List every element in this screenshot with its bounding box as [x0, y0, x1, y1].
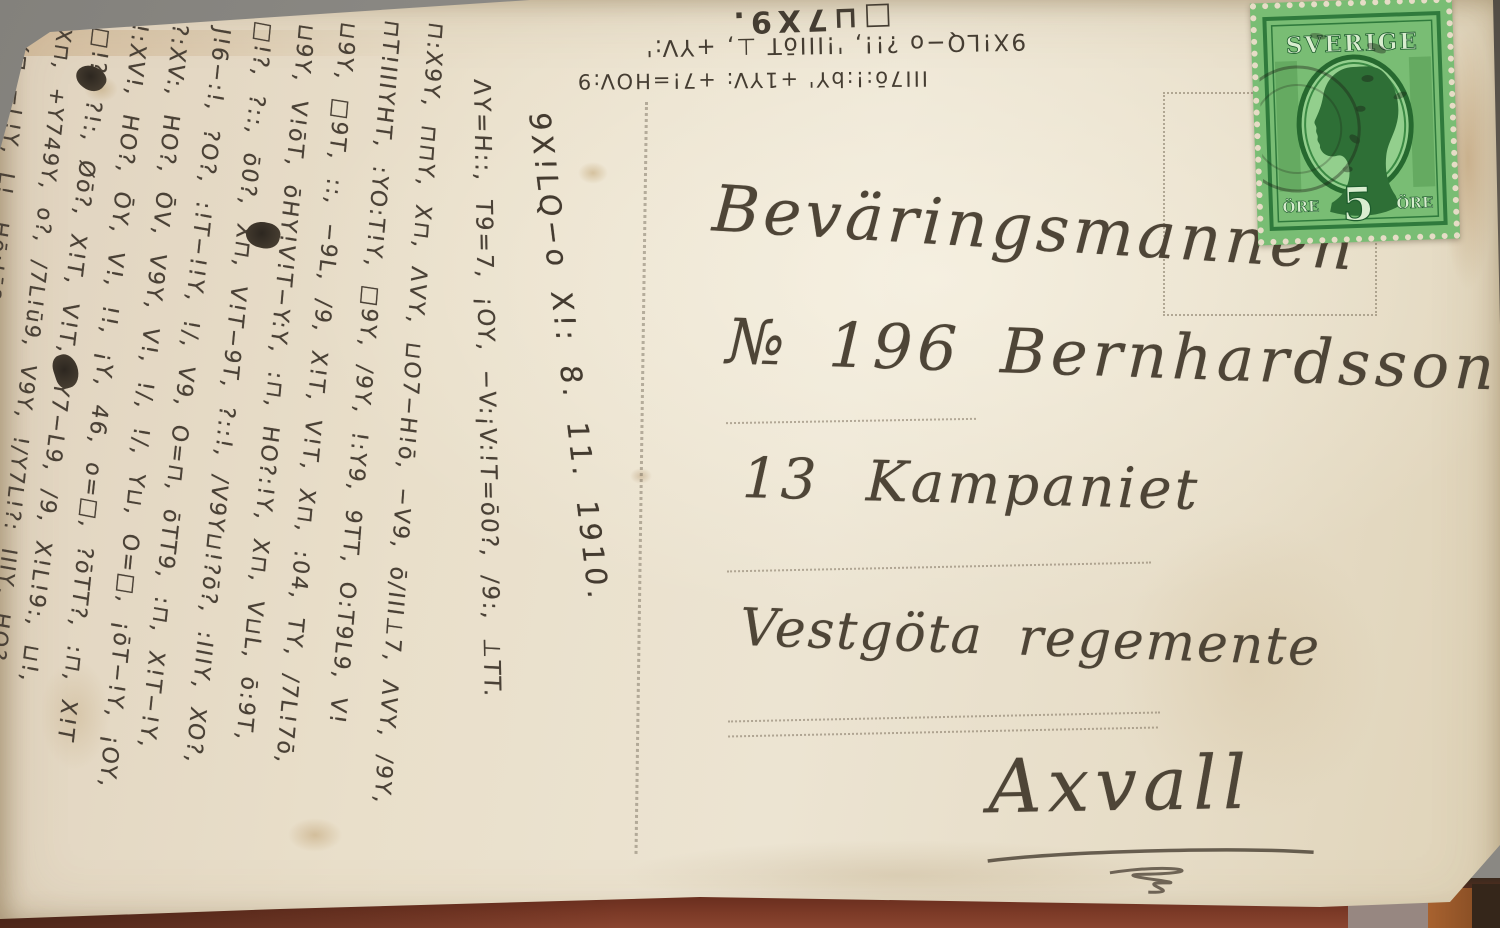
- stamp-country-label: SVERIGE: [1285, 28, 1419, 60]
- paper-stain: [578, 162, 608, 184]
- postage-stamp: SVERIGE ÖRE 5 ÖRE: [1250, 0, 1460, 245]
- cipher-dateline: 9X!LQ−o X!: 8. 11. 1910.: [522, 112, 616, 603]
- address-line-company: 13 Kampaniet: [741, 446, 1201, 523]
- stamp-denomination: 5: [1341, 176, 1375, 231]
- paper-stain: [288, 818, 342, 852]
- address-rule: [728, 711, 1160, 722]
- stamp-currency-right: ÖRE: [1396, 192, 1434, 212]
- address-line-regiment: Vestgöta regemente: [739, 598, 1322, 678]
- stamp-currency-left: ÖRE: [1282, 196, 1320, 216]
- address-rule: [726, 418, 976, 424]
- address-rule: [728, 726, 1158, 737]
- signature-underline: [982, 843, 1333, 909]
- address-line-number-name: № 196 Bernhardsson: [725, 305, 1500, 405]
- table-corner-dark: [1472, 884, 1500, 928]
- cipher-line: ΛY=H::, T9=7, ¡OY, −V:¡V:!T=ō0?, /9:, ⊥T…: [468, 79, 505, 700]
- stamp-engraving: SVERIGE ÖRE 5 ÖRE: [1257, 4, 1453, 238]
- address-rule: [727, 562, 1151, 573]
- postcard-photo: X⊓ −L!Y, L!, Hō:!ō?, ??: +69 VIIL V!TT9 …: [0, 0, 1500, 928]
- cipher-top-line: III7ō:!:bY' +1YV: +7!=HOV:9: [548, 66, 928, 93]
- address-line-place: Axvall: [987, 740, 1253, 831]
- postcard: X⊓ −L!Y, L!, Hō:!ō?, ??: +69 VIIL V!TT9 …: [0, 0, 1500, 928]
- message-address-divider: [635, 102, 648, 854]
